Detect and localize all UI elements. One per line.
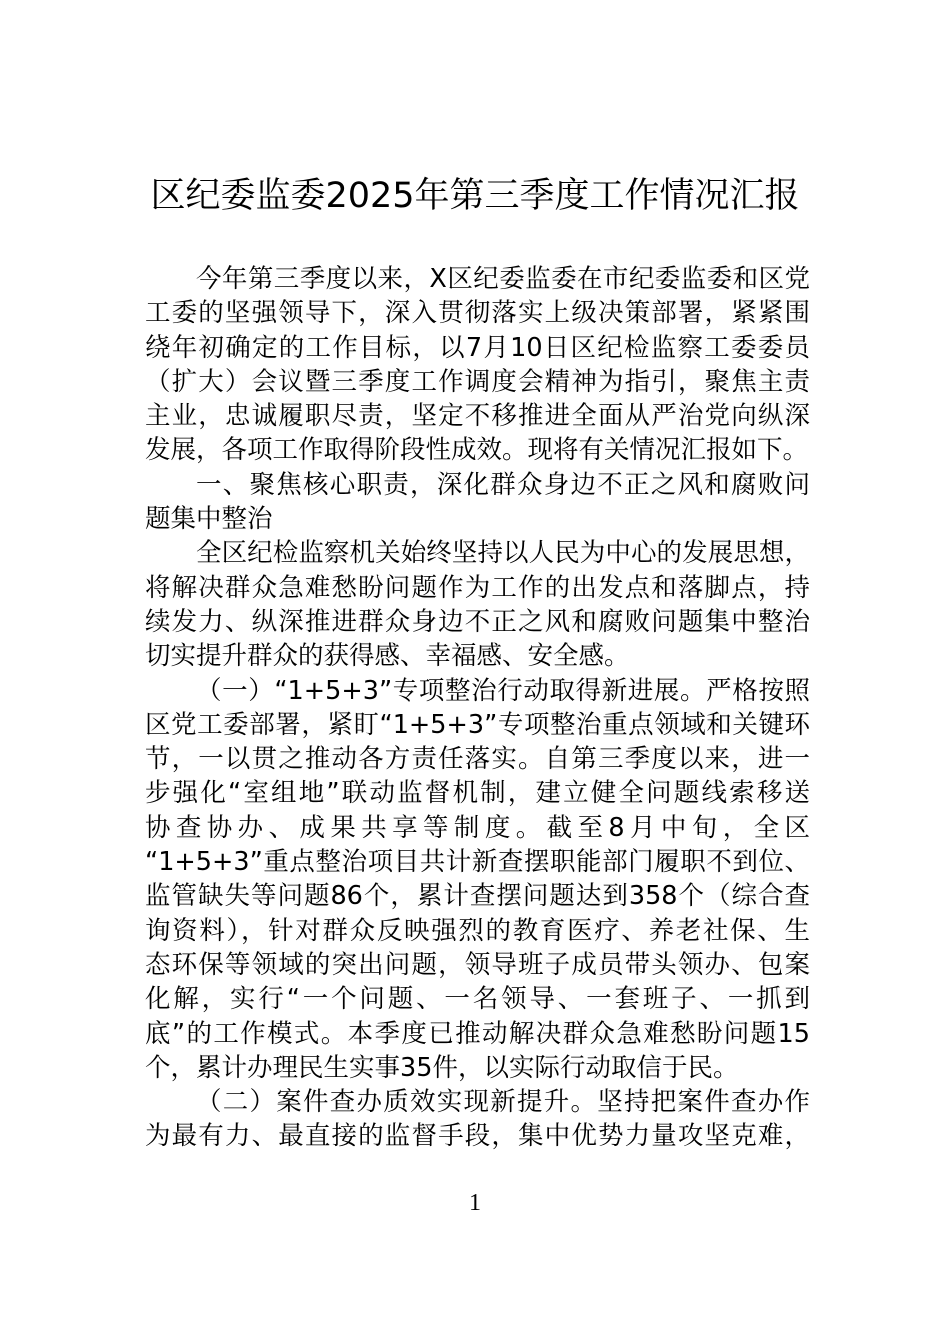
page-number: 1 (0, 1188, 950, 1218)
text-line: 题集中整治 (145, 502, 810, 536)
text-line: 将解决群众急难愁盼问题作为工作的出发点和落脚点，持 (145, 571, 810, 605)
text-line: 主业，忠诚履职尽责，坚定不移推进全面从严治党向纵深 (145, 399, 810, 433)
document-body: 今年第三季度以来，X区纪委监委在市纪委监委和区党工委的坚强领导下，深入贯彻落实上… (145, 262, 810, 1154)
text-line: 为最有力、最直接的监督手段，集中优势力量攻坚克难， (145, 1119, 810, 1153)
text-line: 今年第三季度以来，X区纪委监委在市纪委监委和区党 (145, 262, 810, 296)
text-line: （一）“1+5+3”专项整治行动取得新进展。严格按照 (145, 674, 810, 708)
text-line: 全区纪检监察机关始终坚持以人民为中心的发展思想， (145, 536, 810, 570)
text-line: 询资料），针对群众反映强烈的教育医疗、养老社保、生 (145, 914, 810, 948)
text-line: 切实提升群众的获得感、幸福感、安全感。 (145, 639, 810, 673)
text-line: 步强化“室组地”联动监督机制，建立健全问题线索移送 (145, 776, 810, 810)
text-line: 化解，实行“一个问题、一名领导、一套班子、一抓到 (145, 982, 810, 1016)
text-line: （扩大）会议暨三季度工作调度会精神为指引，聚焦主责 (145, 365, 810, 399)
text-line: 一、聚焦核心职责，深化群众身边不正之风和腐败问 (145, 468, 810, 502)
text-line: 发展，各项工作取得阶段性成效。现将有关情况汇报如下。 (145, 433, 810, 467)
text-line: 续发力、纵深推进群众身边不正之风和腐败问题集中整治 (145, 605, 810, 639)
document-page: 区纪委监委2025年第三季度工作情况汇报 今年第三季度以来，X区纪委监委在市纪委… (0, 0, 950, 1344)
text-line: 态环保等领域的突出问题，领导班子成员带头领办、包案 (145, 948, 810, 982)
text-line: 绕年初确定的工作目标，以7月10日区纪检监察工委委员 (145, 331, 810, 365)
text-line: 协查协办、成果共享等制度。截至8月中旬，全区 (145, 811, 810, 845)
text-line: （二）案件查办质效实现新提升。坚持把案件查办作 (145, 1085, 810, 1119)
text-line: 个，累计办理民生实事35件，以实际行动取信于民。 (145, 1051, 810, 1085)
text-line: “1+5+3”重点整治项目共计新查摆职能部门履职不到位、 (145, 845, 810, 879)
text-line: 工委的坚强领导下，深入贯彻落实上级决策部署，紧紧围 (145, 296, 810, 330)
text-line: 区党工委部署，紧盯“1+5+3”专项整治重点领域和关键环 (145, 708, 810, 742)
document-title: 区纪委监委2025年第三季度工作情况汇报 (0, 172, 950, 220)
text-line: 监管缺失等问题86个，累计查摆问题达到358个（综合查 (145, 879, 810, 913)
text-line: 底”的工作模式。本季度已推动解决群众急难愁盼问题15 (145, 1017, 810, 1051)
text-line: 节，一以贯之推动各方责任落实。自第三季度以来，进一 (145, 742, 810, 776)
